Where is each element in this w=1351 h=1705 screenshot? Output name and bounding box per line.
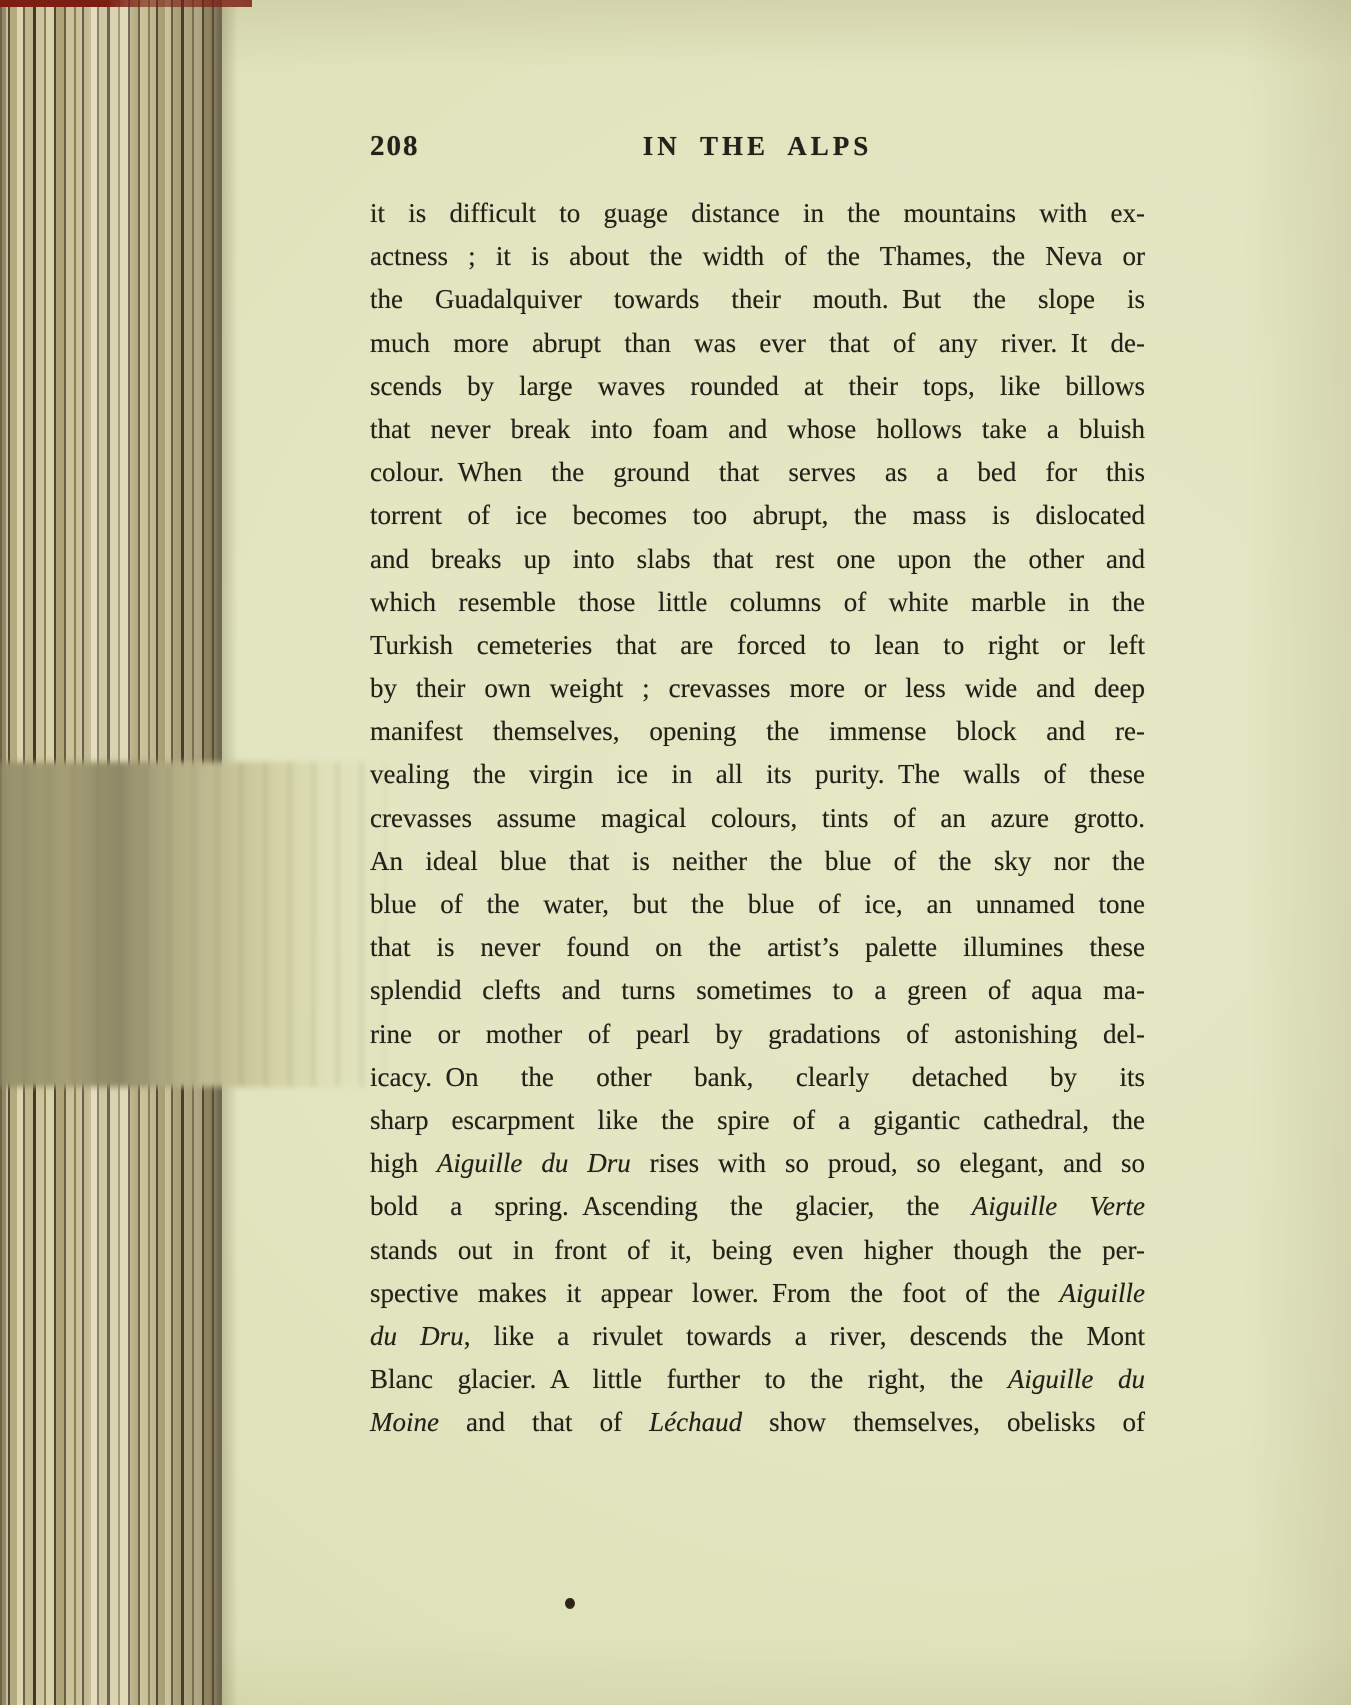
text-segment: much more abrupt than was ever that of a… xyxy=(370,328,1145,358)
text-line: manifest themselves, opening the immense… xyxy=(370,710,1145,753)
book-scan: 208 IN THE ALPS it is difficult to guage… xyxy=(0,0,1351,1705)
italic-text-segment: Aiguille du Dru xyxy=(437,1148,631,1178)
text-line: actness ; it is about the width of the T… xyxy=(370,235,1145,278)
text-line: torrent of ice becomes too abrupt, the m… xyxy=(370,494,1145,537)
text-line: which resemble those little columns of w… xyxy=(370,581,1145,624)
text-line: An ideal blue that is neither the blue o… xyxy=(370,840,1145,883)
text-segment: and that of xyxy=(439,1407,649,1437)
text-segment: that never break into foam and whose hol… xyxy=(370,414,1145,444)
text-segment: torrent of ice becomes too abrupt, the m… xyxy=(370,500,1145,530)
text-segment: and breaks up into slabs that rest one u… xyxy=(370,544,1145,574)
italic-text-segment: Aiguille Verte xyxy=(972,1191,1145,1221)
text-segment: sharp escarpment like the spire of a gig… xyxy=(370,1105,1145,1135)
text-line: crevasses assume magical colours, tints … xyxy=(370,797,1145,840)
text-segment: manifest themselves, opening the immense… xyxy=(370,716,1145,746)
text-line: the Guadalquiver towards their mouth. Bu… xyxy=(370,278,1145,321)
text-segment: Turkish cemeteries that are forced to le… xyxy=(370,630,1145,660)
text-line: scends by large waves rounded at their t… xyxy=(370,365,1145,408)
text-segment: rine or mother of pearl by gradations of… xyxy=(370,1019,1145,1049)
text-segment: stands out in front of it, being even hi… xyxy=(370,1235,1145,1265)
text-line: that is never found on the artist’s pale… xyxy=(370,926,1145,969)
text-line: splendid clefts and turns sometimes to a… xyxy=(370,969,1145,1012)
text-line: colour. When the ground that serves as a… xyxy=(370,451,1145,494)
text-segment: rises with so proud, so elegant, and so xyxy=(631,1148,1145,1178)
italic-text-segment: Moine xyxy=(370,1407,439,1437)
italic-text-segment: Aiguille xyxy=(1060,1278,1145,1308)
text-segment: bold a spring. Ascending the glacier, th… xyxy=(370,1191,972,1221)
text-segment: crevasses assume magical colours, tints … xyxy=(370,803,1145,833)
text-line: icacy. On the other bank, clearly detach… xyxy=(370,1056,1145,1099)
text-segment: , like a rivulet towards a river, descen… xyxy=(464,1321,1145,1351)
text-line: high Aiguille du Dru rises with so proud… xyxy=(370,1142,1145,1185)
text-segment: high xyxy=(370,1148,437,1178)
text-line: stands out in front of it, being even hi… xyxy=(370,1229,1145,1272)
running-title: IN THE ALPS xyxy=(643,131,873,162)
italic-text-segment: du Dru xyxy=(370,1321,464,1351)
page-header: 208 IN THE ALPS xyxy=(370,130,1145,168)
italic-text-segment: Aiguille du xyxy=(1008,1364,1145,1394)
text-segment: blue of the water, but the blue of ice, … xyxy=(370,889,1145,919)
text-line: rine or mother of pearl by gradations of… xyxy=(370,1013,1145,1056)
text-segment: icacy. On the other bank, clearly detach… xyxy=(370,1062,1145,1092)
text-line: spective makes it appear lower. From the… xyxy=(370,1272,1145,1315)
text-segment: Blanc glacier. A little further to the r… xyxy=(370,1364,1008,1394)
text-line: it is difficult to guage distance in the… xyxy=(370,192,1145,235)
page-surface: 208 IN THE ALPS it is difficult to guage… xyxy=(0,0,1351,1705)
text-segment: that is never found on the artist’s pale… xyxy=(370,932,1145,962)
text-line: Moine and that of Léchaud show themselve… xyxy=(370,1401,1145,1444)
page-number: 208 xyxy=(370,130,420,163)
text-line: bold a spring. Ascending the glacier, th… xyxy=(370,1185,1145,1228)
text-segment: by their own weight ; crevasses more or … xyxy=(370,673,1145,703)
italic-text-segment: Léchaud xyxy=(649,1407,742,1437)
text-block: it is difficult to guage distance in the… xyxy=(370,192,1145,1444)
text-line: sharp escarpment like the spire of a gig… xyxy=(370,1099,1145,1142)
text-line: much more abrupt than was ever that of a… xyxy=(370,322,1145,365)
text-line: du Dru, like a rivulet towards a river, … xyxy=(370,1315,1145,1358)
text-segment: splendid clefts and turns sometimes to a… xyxy=(370,975,1145,1005)
text-segment: An ideal blue that is neither the blue o… xyxy=(370,846,1145,876)
text-segment: actness ; it is about the width of the T… xyxy=(370,241,1145,271)
text-segment: vealing the virgin ice in all its purity… xyxy=(370,759,1145,789)
text-line: vealing the virgin ice in all its purity… xyxy=(370,753,1145,796)
text-line: Blanc glacier. A little further to the r… xyxy=(370,1358,1145,1401)
text-segment: it is difficult to guage distance in the… xyxy=(370,198,1145,228)
text-line: that never break into foam and whose hol… xyxy=(370,408,1145,451)
text-segment: show themselves, obelisks of xyxy=(742,1407,1145,1437)
text-line: blue of the water, but the blue of ice, … xyxy=(370,883,1145,926)
text-line: by their own weight ; crevasses more or … xyxy=(370,667,1145,710)
text-segment: spective makes it appear lower. From the… xyxy=(370,1278,1060,1308)
text-line: Turkish cemeteries that are forced to le… xyxy=(370,624,1145,667)
text-line: and breaks up into slabs that rest one u… xyxy=(370,538,1145,581)
text-segment: which resemble those little columns of w… xyxy=(370,587,1145,617)
text-segment: the Guadalquiver towards their mouth. Bu… xyxy=(370,284,1145,314)
text-segment: scends by large waves rounded at their t… xyxy=(370,371,1145,401)
text-segment: colour. When the ground that serves as a… xyxy=(370,457,1145,487)
ink-spot xyxy=(565,1598,575,1609)
